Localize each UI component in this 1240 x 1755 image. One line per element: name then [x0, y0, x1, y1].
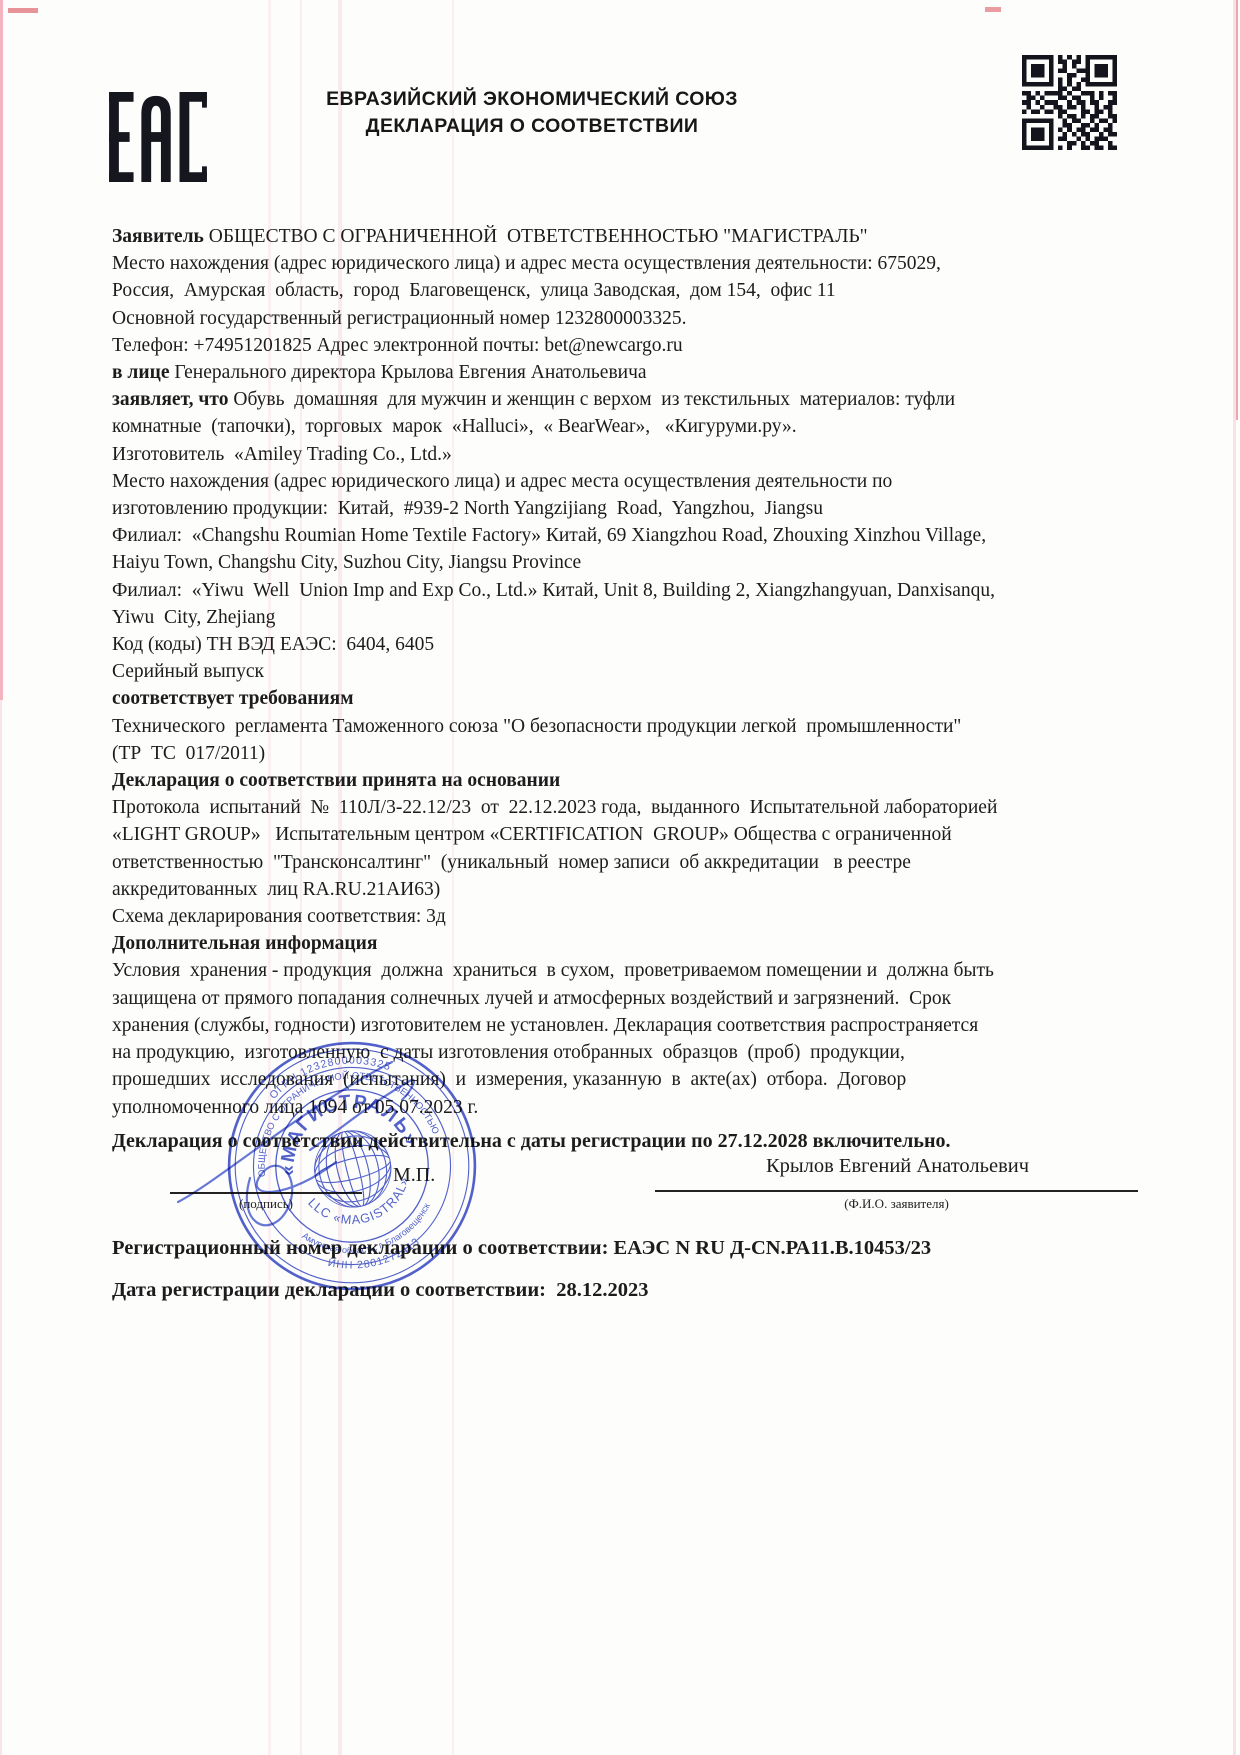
scan-artifact: [0, 0, 3, 700]
body-line: Заявитель ОБЩЕСТВО С ОГРАНИЧЕННОЙ ОТВЕТС…: [112, 223, 1147, 250]
body-line: Дополнительная информация: [112, 930, 1147, 957]
applicant-name: Крылов Евгений Анатольевич: [655, 1155, 1140, 1178]
body-line: Декларация о соответствии принята на осн…: [112, 767, 1147, 794]
body-line: Место нахождения (адрес юридического лиц…: [112, 468, 1147, 495]
scan-artifact: [985, 7, 1001, 12]
scan-artifact: [0, 700, 2, 1755]
body-line: комнатные (тапочки), торговых марок «Hal…: [112, 413, 1147, 440]
handwritten-signature: [140, 1030, 560, 1260]
body-line: «LIGHT GROUP» Испытательным центром «CER…: [112, 821, 1147, 848]
body-line: Yiwu City, Zhejiang: [112, 604, 1147, 631]
scan-artifact: [1236, 0, 1238, 420]
body-line: Протокола испытаний № 110Л/3-22.12/23 от…: [112, 794, 1147, 821]
body-line: ответственностью "Трансконсалтинг" (уник…: [112, 849, 1147, 876]
body-line: Место нахождения (адрес юридического лиц…: [112, 250, 1147, 277]
name-line: [655, 1190, 1138, 1192]
body-line: Схема декларирования соответствия: 3д: [112, 903, 1147, 930]
body-line: заявляет, что Обувь домашняя для мужчин …: [112, 386, 1147, 413]
body-line: Филиал: «Changshu Roumian Home Textile F…: [112, 522, 1147, 549]
body-line: аккредитованных лиц RA.RU.21АИ63): [112, 876, 1147, 903]
body-line: Изготовитель «Amiley Trading Co., Ltd.»: [112, 441, 1147, 468]
body-line: Основной государственный регистрационный…: [112, 305, 1147, 332]
body-line: Россия, Амурская область, город Благовещ…: [112, 277, 1147, 304]
name-label: (Ф.И.О. заявителя): [655, 1196, 1138, 1212]
body-line: в лице Генерального директора Крылова Ев…: [112, 359, 1147, 386]
body-line: изготовлению продукции: Китай, #939-2 No…: [112, 495, 1147, 522]
body-line: Условия хранения - продукция должна хран…: [112, 957, 1147, 984]
title-line-2: ДЕКЛАРАЦИЯ О СООТВЕТСТВИИ: [112, 113, 952, 140]
declaration-document: ЕВРАЗИЙСКИЙ ЭКОНОМИЧЕСКИЙ СОЮЗ ДЕКЛАРАЦИ…: [0, 0, 1240, 1755]
body-line: защищена от прямого попадания солнечных …: [112, 985, 1147, 1012]
body-line: (ТР ТС 017/2011): [112, 740, 1147, 767]
body-line: Филиал: «Yiwu Well Union Imp and Exp Co.…: [112, 577, 1147, 604]
scan-artifact: [8, 8, 38, 13]
body-line: Haiyu Town, Changshu City, Suzhou City, …: [112, 549, 1147, 576]
body-line: Технического регламента Таможенного союз…: [112, 713, 1147, 740]
title-line-1: ЕВРАЗИЙСКИЙ ЭКОНОМИЧЕСКИЙ СОЮЗ: [112, 86, 952, 113]
qr-code: [1022, 55, 1117, 150]
qr-code-svg: [1022, 55, 1117, 150]
body-line: Серийный выпуск: [112, 658, 1147, 685]
body-line: Телефон: +74951201825 Адрес электронной …: [112, 332, 1147, 359]
body-line: Код (коды) ТН ВЭД ЕАЭС: 6404, 6405: [112, 631, 1147, 658]
body-line: соответствует требованиям: [112, 685, 1147, 712]
document-title: ЕВРАЗИЙСКИЙ ЭКОНОМИЧЕСКИЙ СОЮЗ ДЕКЛАРАЦИ…: [112, 86, 952, 140]
body-text: Заявитель ОБЩЕСТВО С ОГРАНИЧЕННОЙ ОТВЕТС…: [112, 223, 1147, 1121]
